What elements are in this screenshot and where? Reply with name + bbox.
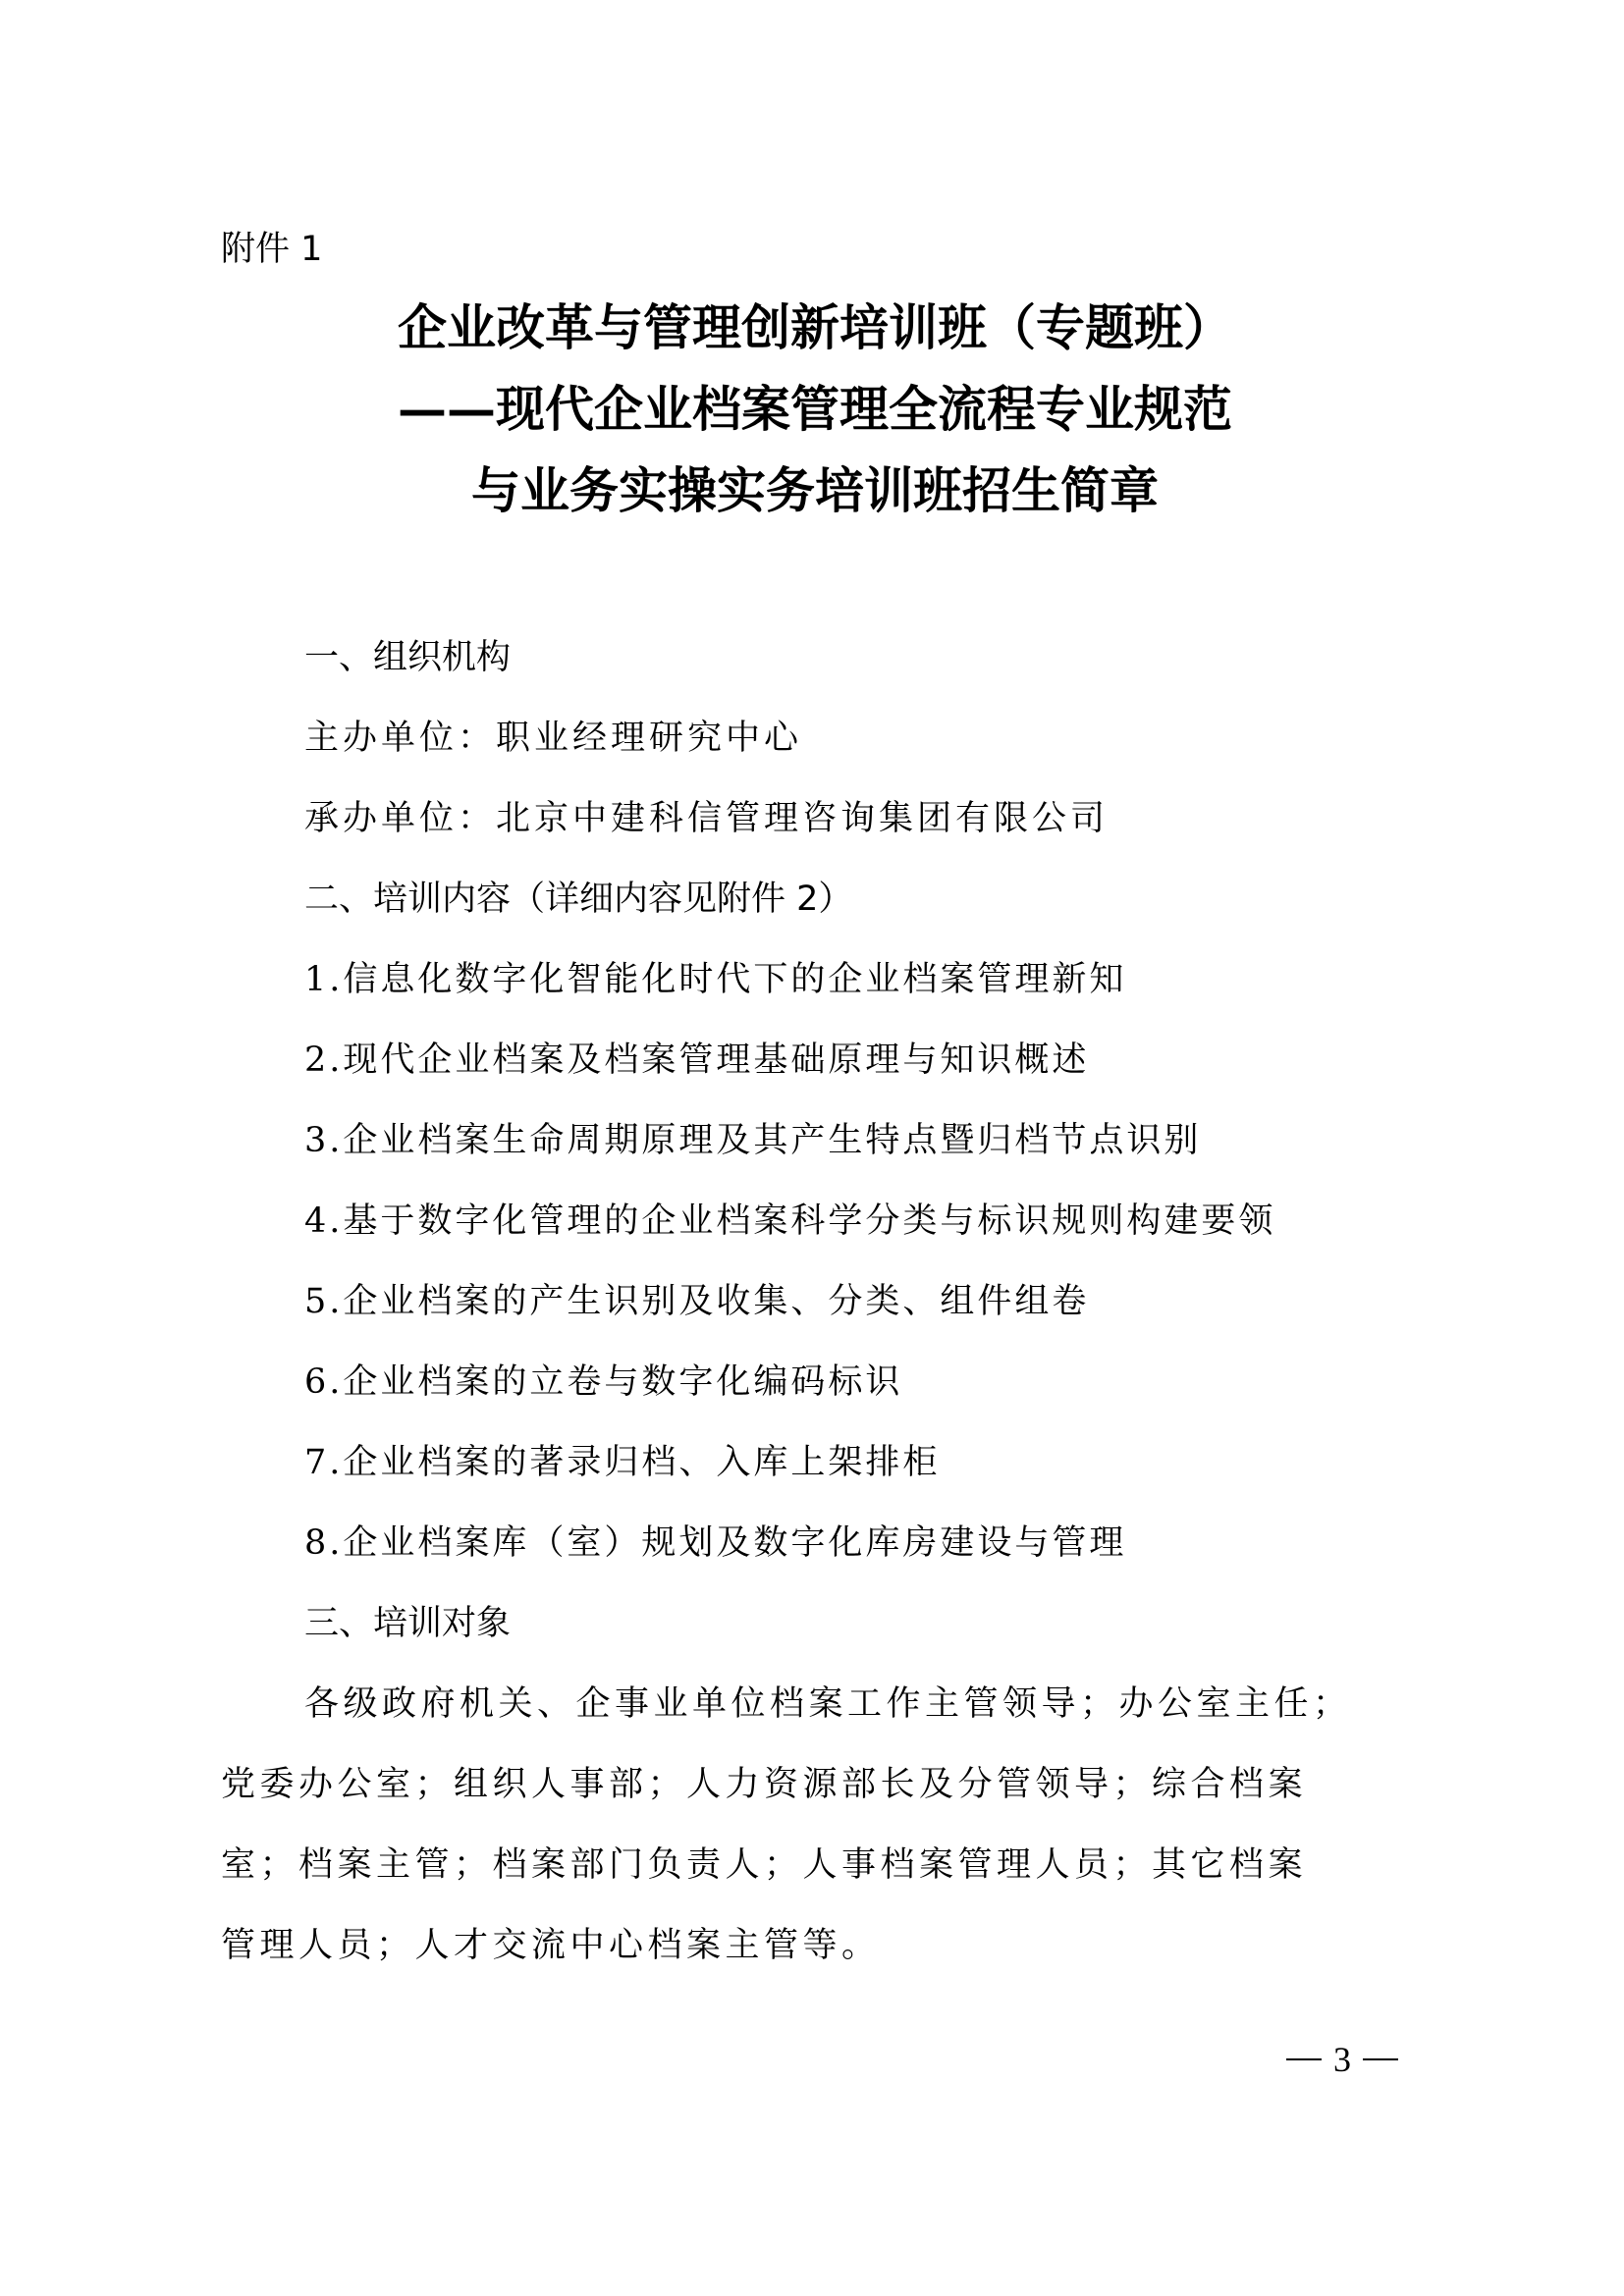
page-number-value: 3 — [1333, 2038, 1351, 2081]
audience-paragraph-line: 各级政府机关、企事业单位档案工作主管领导；办公室主任； — [304, 1682, 1409, 1726]
title-line-3: 与业务实操实务培训班招生简章 — [0, 450, 1624, 531]
audience-paragraph-line: 室；档案主管；档案部门负责人；人事档案管理人员；其它档案 — [221, 1843, 1409, 1887]
content-item: 2.现代企业档案及档案管理基础原理与知识概述 — [304, 1039, 1089, 1082]
content-item: 1.信息化数字化智能化时代下的企业档案管理新知 — [304, 958, 1126, 1001]
page-number-dash-left — [1286, 2058, 1322, 2060]
content-item: 5.企业档案的产生识别及收集、分类、组件组卷 — [304, 1280, 1089, 1323]
page-number-dash-right — [1363, 2058, 1398, 2060]
audience-paragraph-line: 管理人员；人才交流中心档案主管等。 — [221, 1924, 1409, 1967]
attachment-label: 附件 1 — [221, 228, 322, 271]
content-item: 3.企业档案生命周期原理及其产生特点暨归档节点识别 — [304, 1119, 1201, 1162]
page-number: 3 — [1286, 2038, 1398, 2081]
audience-paragraph-line: 党委办公室；组织人事部；人力资源部长及分管领导；综合档案 — [221, 1763, 1409, 1806]
host-unit: 主办单位：职业经理研究中心 — [304, 717, 802, 760]
content-item: 6.企业档案的立卷与数字化编码标识 — [304, 1361, 902, 1404]
document-title: 企业改革与管理创新培训班（专题班） ——现代企业档案管理全流程专业规范 与业务实… — [0, 287, 1624, 531]
title-line-2: ——现代企业档案管理全流程专业规范 — [0, 368, 1624, 450]
document-page: 附件 1 企业改革与管理创新培训班（专题班） ——现代企业档案管理全流程专业规范… — [0, 0, 1624, 2296]
title-line-1: 企业改革与管理创新培训班（专题班） — [0, 287, 1624, 368]
section-heading-content: 二、培训内容（详细内容见附件 2） — [304, 878, 852, 921]
content-item: 7.企业档案的著录归档、入库上架排柜 — [304, 1441, 940, 1484]
section-heading-organization: 一、组织机构 — [304, 636, 511, 679]
section-heading-audience: 三、培训对象 — [304, 1602, 511, 1645]
content-item: 8.企业档案库（室）规划及数字化库房建设与管理 — [304, 1522, 1126, 1565]
content-item: 4.基于数字化管理的企业档案科学分类与标识规则构建要领 — [304, 1200, 1275, 1243]
organizer-unit: 承办单位：北京中建科信管理咨询集团有限公司 — [304, 797, 1109, 840]
